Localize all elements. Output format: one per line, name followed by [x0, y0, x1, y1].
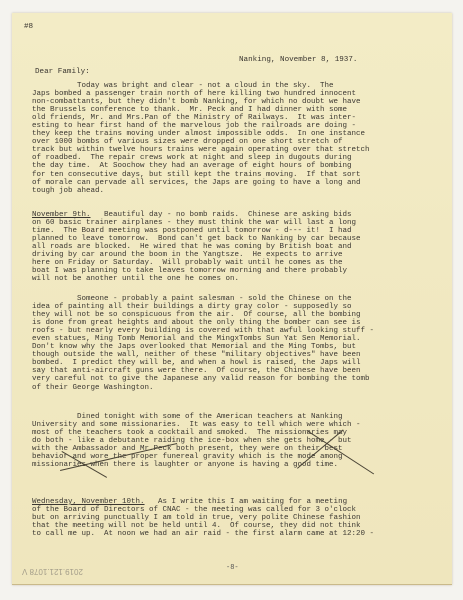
- text-line: with the Ambassador and Mr.Peck both pre…: [32, 445, 442, 453]
- text-line: but on arriving punctually I am told in …: [32, 514, 442, 522]
- paragraph-5: Wednesday, November 10th. As I write thi…: [32, 498, 442, 538]
- text-line: planned to leave tomorrow. Bond can't ge…: [32, 235, 442, 243]
- text-line: As I write this I am waiting for a meeti…: [145, 498, 348, 506]
- paragraph-2: November 9th. Beautiful day - no bomb ra…: [32, 211, 442, 283]
- text-line: time. The Board meeting was postponed un…: [32, 227, 442, 235]
- text-line: they keep the trains moving under almost…: [32, 130, 442, 138]
- catalog-number: 2019.121.1078 V: [22, 567, 83, 576]
- text-line: of the Board of Directors of CNAC - the …: [32, 506, 442, 514]
- text-line: esting to hear first hand of the marvelo…: [32, 122, 442, 130]
- paragraph-1: Today was bright and clear - not a cloud…: [32, 82, 442, 195]
- text-line: bombed. I predict they will be, and when…: [32, 359, 442, 367]
- salutation: Dear Family:: [35, 68, 90, 76]
- text-line: most of the teachers took a cocktail and…: [32, 429, 442, 437]
- text-line: though outside the wall, neither of thes…: [32, 351, 442, 359]
- text-line: Beautiful day - no bomb raids. Chinese a…: [91, 211, 352, 219]
- text-line: say that anti-aircraft guns were there. …: [32, 367, 442, 375]
- text-line: old friends, Mr. and Mrs.Pan of the Mini…: [32, 114, 442, 122]
- date-heading: Wednesday, November 10th.: [32, 498, 145, 506]
- page-marker: #8: [24, 23, 33, 31]
- text-line: Japs bombed a passenger train north of h…: [32, 90, 442, 98]
- text-line: idea of painting all their buildings a d…: [32, 303, 442, 311]
- text-line: Don't know why the Japs overlooked that …: [32, 343, 442, 351]
- text-line: of morale can pervade all services, the …: [32, 179, 442, 187]
- text-line: that the meeting will not be held until …: [32, 522, 442, 530]
- text-line: here on Friday or Saturday. Will probabl…: [32, 259, 442, 267]
- text-line: they will not be so conspicuous from the…: [32, 311, 442, 319]
- text-line: even statues, Ming Tomb Memorial and the…: [32, 335, 442, 343]
- text-line: over 1000 bombs of various sizes were dr…: [32, 138, 442, 146]
- text-line: all roads are blocked. He wired that he …: [32, 243, 442, 251]
- dateline: Nanking, November 8, 1937.: [239, 56, 357, 64]
- text-line: to call me up. At noon we had an air rai…: [32, 530, 442, 538]
- date-heading: November 9th.: [32, 211, 91, 219]
- text-line: tough job ahead.: [32, 187, 442, 195]
- text-line: the Brussels conference to thank. Mr. Pe…: [32, 106, 442, 114]
- paragraph-4: Dined tonight with some of the American …: [32, 413, 442, 469]
- text-line: for ten consecutive days, but still kept…: [32, 171, 442, 179]
- text-line: on 60 basic trainer airplanes - they mus…: [32, 219, 442, 227]
- text-line: very careful not to give the Japanese an…: [32, 375, 442, 383]
- page-number: -8-: [226, 564, 239, 572]
- text-line: the day time. At Soochow they had an ave…: [32, 162, 442, 170]
- text-line: track but within twelve hours trains wer…: [32, 146, 442, 154]
- text-line: of roadbed. The repair crews work at nig…: [32, 154, 442, 162]
- text-line: is done from great heights and about the…: [32, 319, 442, 327]
- text-line: University and some missionaries. It was…: [32, 421, 442, 429]
- text-line: Dined tonight with some of the American …: [32, 413, 442, 421]
- text-line: driving by car around the boom in the Ya…: [32, 251, 442, 259]
- text-line: Someone - probably a paint salesman - so…: [32, 295, 442, 303]
- text-line: non-combattants, but they didn't bomb Na…: [32, 98, 442, 106]
- letter-page: #8 Nanking, November 8, 1937. Dear Famil…: [12, 13, 452, 585]
- text-line: Today was bright and clear - not a cloud…: [32, 82, 442, 90]
- text-line: behavior and wore the proper funereal gr…: [32, 453, 442, 461]
- text-line: boat I was planning to take leaves tomor…: [32, 267, 442, 275]
- paragraph-3: Someone - probably a paint salesman - so…: [32, 295, 442, 392]
- text-line: of their George Washington.: [32, 384, 442, 392]
- text-line: roofs - but nearly every building is cov…: [32, 327, 442, 335]
- text-line: do both - like a debutante raiding the i…: [32, 437, 442, 445]
- text-line: will not be another until the one he com…: [32, 275, 442, 283]
